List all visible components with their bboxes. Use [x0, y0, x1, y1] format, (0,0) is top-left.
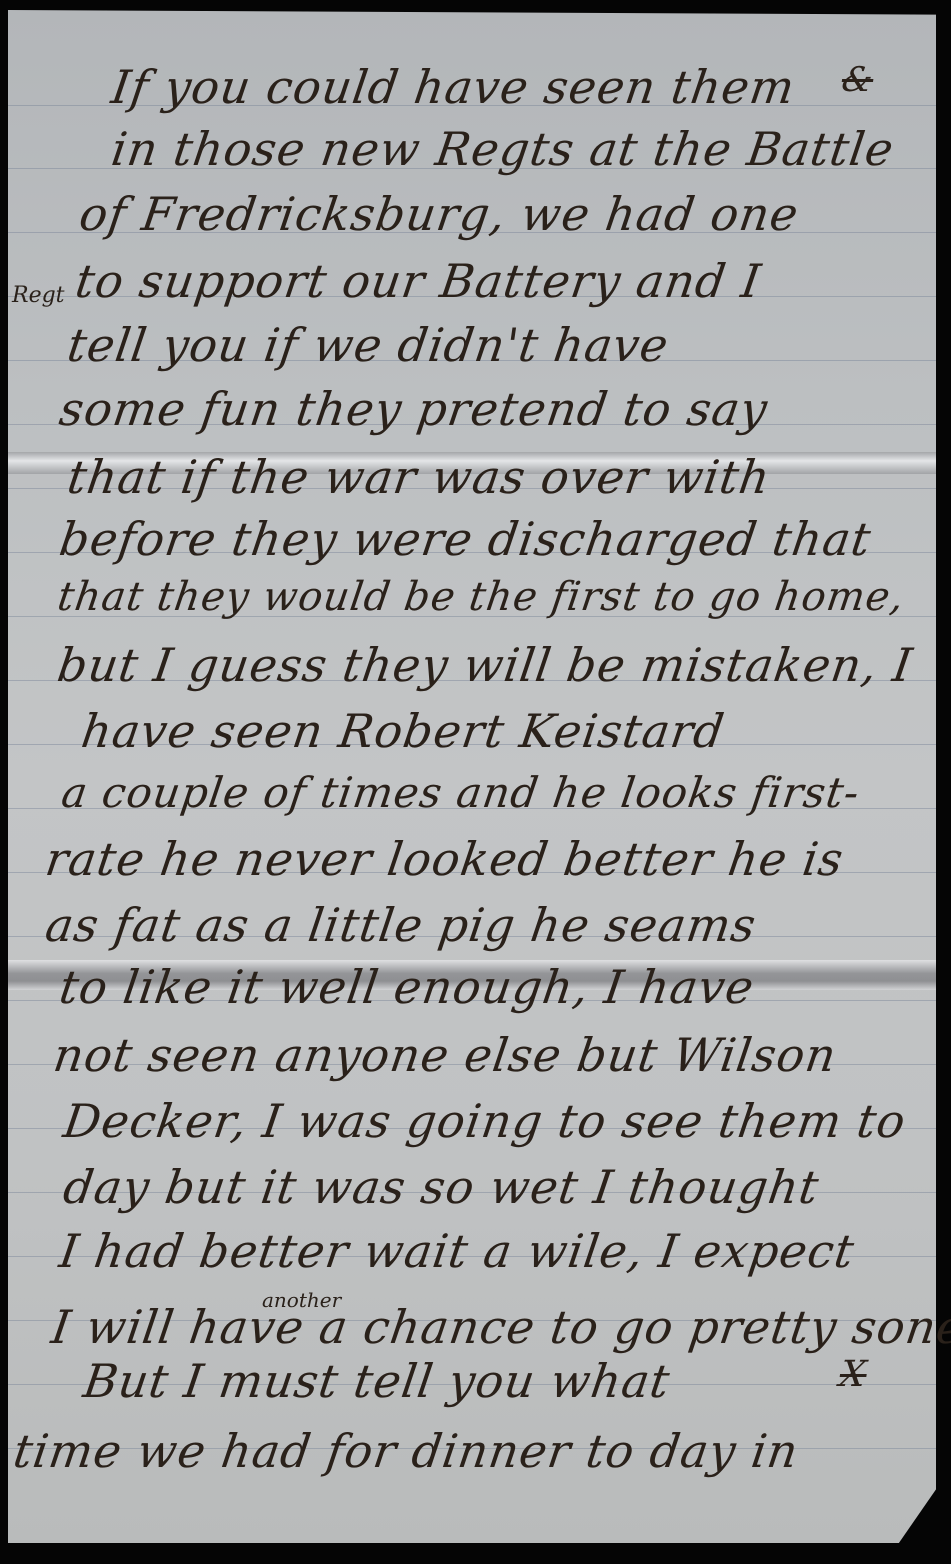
handwriting-line: but I guess they will be mistaken, I	[54, 638, 916, 692]
handwriting-line: I had better wait a wile, I expect	[56, 1224, 858, 1278]
handwriting-line: in those new Regts at the Battle	[108, 122, 897, 176]
handwriting-line: of Fredricksburg, we had one	[76, 187, 802, 241]
handwriting-line: that if the war was over with	[64, 450, 774, 504]
handwriting-line: day but it was so wet I thought	[60, 1160, 823, 1214]
handwriting-line: have seen Robert Keistard	[78, 704, 728, 758]
handwriting-line: some fun they pretend to say	[56, 382, 771, 436]
handwriting-line: Decker, I was going to see them to	[60, 1094, 909, 1148]
handwriting-line: I will have a chance to go pretty sone,	[48, 1300, 951, 1354]
struck-mark: X	[837, 1354, 869, 1395]
handwriting-line: before they were discharged that	[56, 512, 875, 566]
handwriting-line: If you could have seen them	[108, 60, 798, 114]
handwriting-line: to support our Battery and I	[72, 254, 765, 308]
handwriting-line: to like it well enough, I have	[56, 960, 758, 1014]
handwriting-line: that they would be the first to go home,	[55, 574, 908, 620]
handwriting-line: rate he never looked better he is	[42, 832, 847, 886]
handwriting-line: time we had for dinner to day in	[10, 1424, 802, 1478]
handwriting-line: a couple of times and he looks first-	[59, 768, 863, 817]
handwriting-line: as fat as a little pig he seams	[42, 898, 760, 952]
handwriting-line: But I must tell you what	[80, 1354, 673, 1408]
handwriting-line: tell you if we didn't have	[64, 318, 672, 372]
margin-note: Regt	[12, 283, 65, 308]
struck-mark: &	[839, 60, 876, 100]
handwriting-line: not seen anyone else but Wilson	[50, 1028, 840, 1082]
